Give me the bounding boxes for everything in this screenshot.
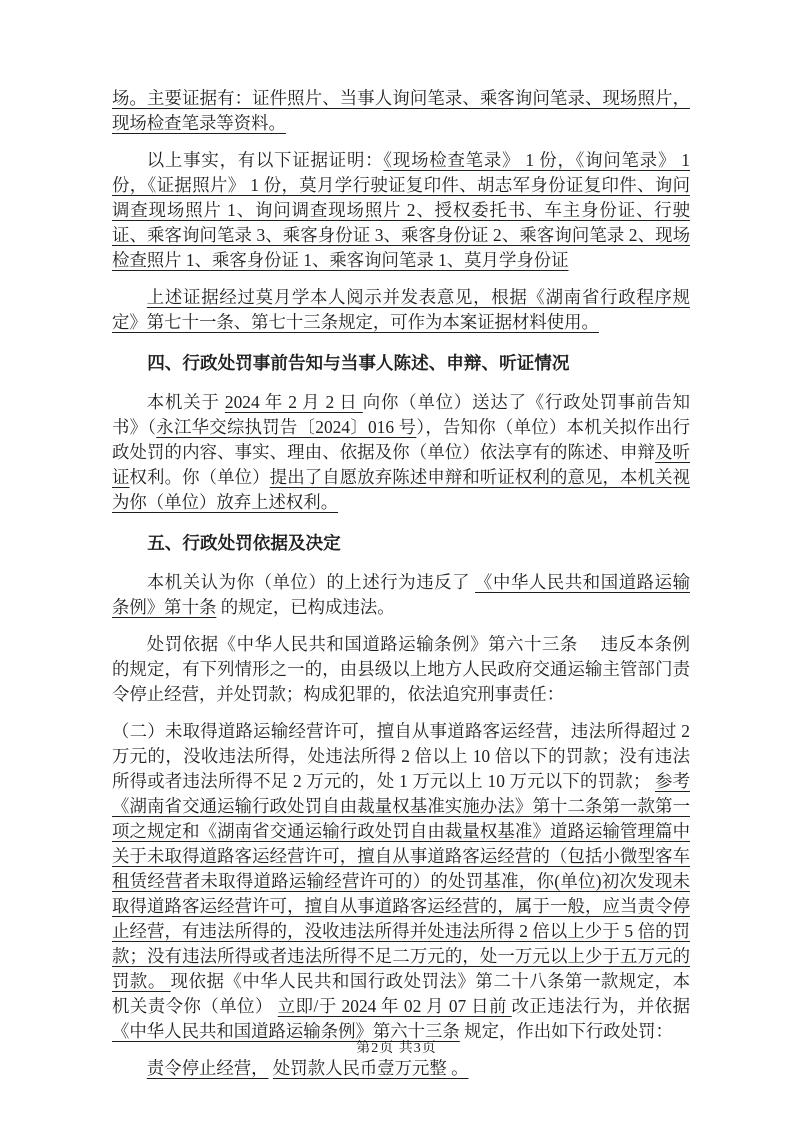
underlined-text-segment: 场。主要证据有：证件照片、当事人询问笔录、乘客询问笔录、现场照片，现场检查笔录等…	[112, 88, 690, 133]
text-segment: 权利。你（单位）	[130, 467, 270, 487]
text-segment: 处罚依据《中华人民共和国道路运输条例》第六十三条 违反本条例的规定，有下列情形之…	[112, 634, 690, 704]
text-segment: （二）未取得道路运输经营许可，擅自从事道路客运经营，违法所得超过 2 万元的，没…	[112, 721, 690, 791]
para-evidence-list: 以上事实，有以下证据证明：《现场检查笔录》 1 份，《询问笔录》 1 份，《证据…	[112, 148, 690, 273]
document-body: 场。主要证据有：证件照片、当事人询问笔录、乘客询问笔录、现场照片，现场检查笔录等…	[112, 86, 690, 1093]
heading-section-4: 四、行政处罚事前告知与当事人陈述、申辩、听证情况	[112, 351, 690, 376]
underlined-text-segment: 2024 年 2 月 2 日	[225, 392, 363, 412]
underlined-text-segment: 处罚款人民币壹万元整 。	[273, 1058, 469, 1078]
para-evidence-review: 上述证据经过莫月学本人阅示并发表意见，根据《湖南省行政程序规定》第七十一条、第七…	[112, 285, 690, 335]
page: 场。主要证据有：证件照片、当事人询问笔录、乘客询问笔录、现场照片，现场检查笔录等…	[0, 0, 793, 1122]
underlined-text-segment: 责令停止经营，	[147, 1058, 269, 1078]
text-segment: 本机关认为你（单位）的上述行为违反了	[147, 572, 475, 592]
text-segment: 本机关于	[147, 392, 225, 412]
text-segment: 以上事实，有以下证据证明：	[147, 150, 384, 170]
para-prior-notice: 本机关于 2024 年 2 月 2 日 向你（单位）送达了《行政处罚事前告知书》…	[112, 390, 690, 515]
para-penalty-basis-detail: （二）未取得道路运输经营许可，擅自从事道路客运经营，违法所得超过 2 万元的，没…	[112, 719, 690, 1044]
underlined-text-segment: 立即/于 2024 年 02 月 07 日前	[278, 996, 512, 1016]
text-segment: 改正违法行为，并依据	[512, 996, 690, 1016]
underlined-text-segment: 永江华交综执罚告〔2024〕016 号	[156, 417, 416, 437]
underlined-text-segment: 参考《湖南省交通运输行政处罚自由裁量权基准实施办法》第十二条第一款第一项之规定和…	[112, 771, 690, 991]
para-evidence-materials: 场。主要证据有：证件照片、当事人询问笔录、乘客询问笔录、现场照片，现场检查笔录等…	[112, 86, 690, 136]
para-penalty-basis-intro: 处罚依据《中华人民共和国道路运输条例》第六十三条 违反本条例的规定，有下列情形之…	[112, 632, 690, 707]
para-violation-determination: 本机关认为你（单位）的上述行为违反了 《中华人民共和国道路运输条例》第十条 的规…	[112, 570, 690, 620]
underlined-text-segment: 上述证据经过莫月学本人阅示并发表意见，根据《湖南省行政程序规定》第七十一条、第七…	[112, 287, 690, 332]
para-penalty-decision: 责令停止经营， 处罚款人民币壹万元整 。	[112, 1056, 690, 1081]
heading-section-5: 五、行政处罚依据及决定	[112, 531, 690, 556]
page-footer: 第2页 共3页	[0, 1037, 793, 1057]
text-segment: 的规定，已构成违法。	[216, 597, 394, 617]
